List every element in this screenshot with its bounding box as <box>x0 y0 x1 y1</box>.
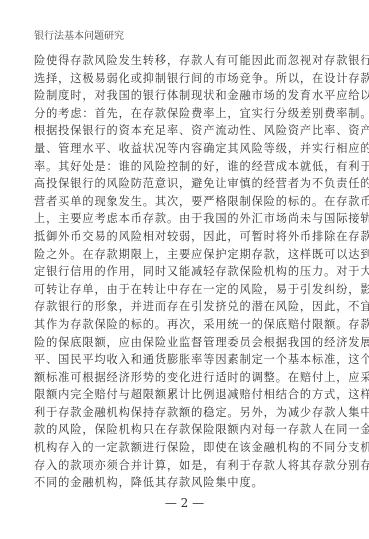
text-line: 率。其好处是：谁的风险控制的好，谁的经营成本就低，有利于提 <box>34 158 340 176</box>
text-line: 高投保银行的风险防范意识，避免让审慎的经营者为不负责任的经 <box>34 175 340 193</box>
page-number: — 2 — <box>0 495 369 511</box>
text-line: 险使得存款风险发生转移，存款人有可能因此而忽视对存款银行的 <box>34 52 340 70</box>
text-line: 利于存款金融机构保持存款额的稳定。另外，为减少存款人集中存 <box>34 404 340 422</box>
body-paragraph: 险使得存款风险发生转移，存款人有可能因此而忽视对存款银行的 选择，这极易弱化或抑… <box>34 52 340 492</box>
text-line: 根据投保银行的资本充足率、资产流动性、风险资产比率、资产质 <box>34 122 340 140</box>
text-line: 分的考虑：首先，在存款保险费率上，宜实行分级差别费率制。即 <box>34 105 340 123</box>
text-line: 营者买单的现象发生。其次，要严格限制保险的标的。在存款币种 <box>34 193 340 211</box>
text-line: 额标准可根据经济形势的变化进行适时的调整。在赔付上，应采取 <box>34 369 340 387</box>
text-line: 其作为存款保险的标的。再次，采用统一的保底赔付限额。存款保 <box>34 316 340 334</box>
text-line: 上，主要应考虑本币存款。由于我国的外汇市场尚未与国际接轨， <box>34 210 340 228</box>
text-line: 存入的款项亦须合并计算，如是，有利于存款人将其存款分别存入 <box>34 457 340 475</box>
text-line: 定银行信用的作用，同时又能减轻存款保险机构的压力。对于大额 <box>34 263 340 281</box>
text-line: 存款银行的形象，并进而存在引发挤兑的潜在风险，因此，不宜将 <box>34 298 340 316</box>
text-line: 险之外。在存款期限上，主要应保护定期存款，这样既可以达到稳 <box>34 246 340 264</box>
text-line: 不同的金融机构，降低其存款风险集中度。 <box>34 474 340 492</box>
running-header: 银行法基本问题研究 <box>34 30 124 44</box>
text-line: 款的风险，保险机构只在存款保险限额内对每一存款人在同一金融 <box>34 421 340 439</box>
document-page: 银行法基本问题研究 险使得存款风险发生转移，存款人有可能因此而忽视对存款银行的 … <box>0 0 369 539</box>
text-line: 选择，这极易弱化或抑制银行间的市场竞争。所以，在设计存款保 <box>34 70 340 88</box>
text-line: 可转让存单，由于在转让中存在一定的风险，易于引发纠纷，影响 <box>34 281 340 299</box>
text-line: 抵御外币交易的风险相对较弱，因此，可暂时将外币排除在存款保 <box>34 228 340 246</box>
text-line: 机构存入的一定款额进行保险，即使在该金融机构的不同分支机构 <box>34 439 340 457</box>
text-line: 限额内完全赔付与超限额累计比例退减赔付相结合的方式，这样有 <box>34 386 340 404</box>
text-line: 险制度时，对我国的银行体制现状和金融市场的发育水平应给以充 <box>34 87 340 105</box>
text-line: 量、管理水平、收益状况等内容确定其风险等级，并实行相应的费 <box>34 140 340 158</box>
text-line: 平、国民平均收入和通货膨胀率等因素制定一个基本标准，这个限 <box>34 351 340 369</box>
text-line: 险的保底限额，应由保险业监督管理委员会根据我国的经济发展水 <box>34 334 340 352</box>
